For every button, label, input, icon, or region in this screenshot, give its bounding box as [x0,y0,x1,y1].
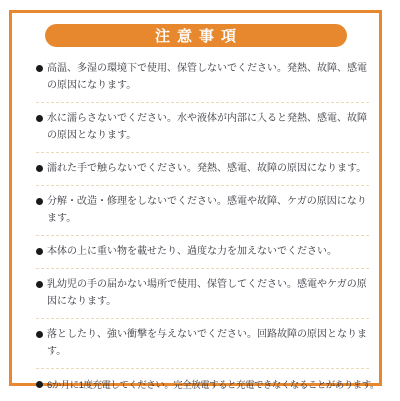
note-text: 高温、多湿の環境下で使用、保管しないでください。発熱、故障、感電の原因になります… [47,60,369,94]
note-text: 水に濡らさないでください。水や液体が内部に入ると発熱、感電、故障の原因となります… [47,110,369,144]
bullet-icon [36,198,43,205]
note-text: 本体の上に重い物を載せたり、過度な力を加えないでください。 [47,243,369,260]
list-item: 落としたり、強い衝撃を与えないでください。回路故障の原因となります。 [36,319,369,369]
precautions-list: 高温、多湿の環境下で使用、保管しないでください。発熱、故障、感電の原因になります… [12,53,379,401]
list-item: 本体の上に重い物を載せたり、過度な力を加えないでください。 [36,236,369,269]
note-text: 6か月に1度充電してください。完全放電すると充電できなくなることがあります。 [47,376,379,393]
bullet-icon [36,115,43,122]
list-item: 高温、多湿の環境下で使用、保管しないでください。発熱、故障、感電の原因になります… [36,53,369,103]
note-text: 落としたり、強い衝撃を与えないでください。回路故障の原因となります。 [47,326,369,360]
bullet-icon [36,65,43,72]
bullet-icon [36,331,43,338]
note-text: 濡れた手で触らないでください。発熱、感電、故障の原因になります。 [47,160,369,177]
bullet-icon [36,281,43,288]
list-item: 6か月に1度充電してください。完全放電すると充電できなくなることがあります。 [36,369,369,401]
list-item: 分解・改造・修理をしないでください。感電や故障、ケガの原因になります。 [36,186,369,236]
precautions-card: 注意事項 高温、多湿の環境下で使用、保管しないでください。発熱、故障、感電の原因… [9,10,382,386]
bullet-icon [36,248,43,255]
bullet-icon [36,381,43,388]
note-text: 分解・改造・修理をしないでください。感電や故障、ケガの原因になります。 [47,193,369,227]
list-item: 濡れた手で触らないでください。発熱、感電、故障の原因になります。 [36,153,369,186]
page-title: 注意事項 [45,24,347,47]
list-item: 水に濡らさないでください。水や液体が内部に入ると発熱、感電、故障の原因となります… [36,103,369,153]
list-item: 乳幼児の手の届かない場所で使用、保管してください。感電やケガの原因になります。 [36,269,369,319]
note-text: 乳幼児の手の届かない場所で使用、保管してください。感電やケガの原因になります。 [47,276,369,310]
bullet-icon [36,165,43,172]
